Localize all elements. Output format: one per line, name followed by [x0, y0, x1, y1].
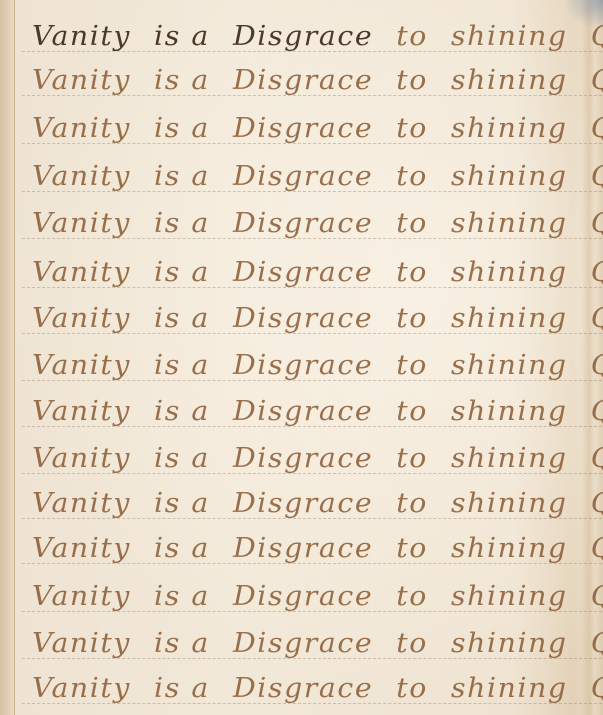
word: Vanity — [32, 208, 131, 239]
word: Disgrace — [233, 21, 373, 52]
word: Vanity — [32, 673, 131, 704]
word: shining — [451, 208, 568, 239]
word: is a — [154, 396, 210, 427]
word: shining — [451, 396, 568, 427]
word: shining — [451, 488, 568, 519]
word: to — [396, 257, 428, 288]
word: Disgrace — [233, 396, 373, 427]
word: Vanity — [32, 257, 131, 288]
word: is a — [154, 581, 210, 612]
word: shining — [451, 113, 568, 144]
word: is a — [154, 257, 210, 288]
word: is a — [154, 21, 210, 52]
handwritten-line: Vanityis aDisgracetoshiningQualities — [22, 205, 603, 245]
word: Disgrace — [233, 488, 373, 519]
line-text: Vanityis aDisgracetoshiningQualities — [32, 303, 603, 334]
word: Vanity — [32, 21, 131, 52]
word: to — [396, 350, 428, 381]
word: Disgrace — [233, 533, 373, 564]
word: to — [396, 443, 428, 474]
word: is a — [154, 443, 210, 474]
word: Disgrace — [233, 113, 373, 144]
line-text: Vanityis aDisgracetoshiningQualities — [32, 21, 603, 52]
handwritten-line: Vanityis aDisgracetoshiningQualities — [22, 578, 603, 618]
word: shining — [451, 257, 568, 288]
binding-edge — [0, 0, 15, 715]
handwritten-line: Vanityis aDisgracetoshiningQualities — [22, 158, 603, 198]
word: Qualities — [591, 113, 603, 144]
line-text: Vanityis aDisgracetoshiningQualities — [32, 628, 603, 659]
handwritten-line: Vanityis aDisgracetoshiningQualities — [22, 485, 603, 525]
word: to — [396, 533, 428, 564]
word: shining — [451, 161, 568, 192]
word: Vanity — [32, 396, 131, 427]
line-text: Vanityis aDisgracetoshiningQualities — [32, 113, 603, 144]
word: shining — [451, 65, 568, 96]
word: shining — [451, 533, 568, 564]
word: Qualities — [591, 303, 603, 334]
word: Disgrace — [233, 673, 373, 704]
word: is a — [154, 673, 210, 704]
word: Qualities — [591, 673, 603, 704]
handwritten-line: Vanityis aDisgracetoshiningQualities — [22, 530, 603, 570]
word: Disgrace — [233, 257, 373, 288]
word: Vanity — [32, 65, 131, 96]
handwritten-line: Vanityis aDisgracetoshiningQualities — [22, 670, 603, 710]
word: shining — [451, 581, 568, 612]
word: is a — [154, 628, 210, 659]
word: Qualities — [591, 257, 603, 288]
word: is a — [154, 488, 210, 519]
word: shining — [451, 628, 568, 659]
word: Vanity — [32, 161, 131, 192]
word: Disgrace — [233, 303, 373, 334]
word: Qualities — [591, 488, 603, 519]
line-text: Vanityis aDisgracetoshiningQualities — [32, 673, 603, 704]
word: to — [396, 581, 428, 612]
word: Vanity — [32, 581, 131, 612]
paper-page: Vanityis aDisgracetoshiningQualitiesVani… — [0, 0, 603, 715]
word: to — [396, 488, 428, 519]
word: shining — [451, 673, 568, 704]
word: shining — [451, 443, 568, 474]
line-text: Vanityis aDisgracetoshiningQualities — [32, 396, 603, 427]
word: is a — [154, 161, 210, 192]
handwritten-line: Vanityis aDisgracetoshiningQualities — [22, 254, 603, 294]
word: Disgrace — [233, 65, 373, 96]
line-text: Vanityis aDisgracetoshiningQualities — [32, 208, 603, 239]
word: is a — [154, 350, 210, 381]
word: to — [396, 113, 428, 144]
word: Disgrace — [233, 628, 373, 659]
line-text: Vanityis aDisgracetoshiningQualities — [32, 581, 603, 612]
word: to — [396, 303, 428, 334]
word: Qualities — [591, 443, 603, 474]
word: Vanity — [32, 533, 131, 564]
word: Qualities — [591, 533, 603, 564]
handwritten-line: Vanityis aDisgracetoshiningQualities — [22, 625, 603, 665]
handwritten-line: Vanityis aDisgracetoshiningQualities — [22, 393, 603, 433]
word: to — [396, 628, 428, 659]
handwritten-line: Vanityis aDisgracetoshiningQualities — [22, 300, 603, 340]
word: Disgrace — [233, 350, 373, 381]
word: is a — [154, 208, 210, 239]
word: Qualities — [591, 350, 603, 381]
word: to — [396, 208, 428, 239]
handwritten-line: Vanityis aDisgracetoshiningQualities — [22, 18, 603, 58]
word: is a — [154, 65, 210, 96]
line-text: Vanityis aDisgracetoshiningQualities — [32, 161, 603, 192]
word: shining — [451, 350, 568, 381]
word: Qualities — [591, 628, 603, 659]
word: Qualities — [591, 161, 603, 192]
word: Disgrace — [233, 443, 373, 474]
line-text: Vanityis aDisgracetoshiningQualities — [32, 65, 603, 96]
line-text: Vanityis aDisgracetoshiningQualities — [32, 533, 603, 564]
word: Disgrace — [233, 161, 373, 192]
word: Qualities — [591, 65, 603, 96]
handwritten-line: Vanityis aDisgracetoshiningQualities — [22, 110, 603, 150]
line-text: Vanityis aDisgracetoshiningQualities — [32, 488, 603, 519]
word: Vanity — [32, 628, 131, 659]
word: Vanity — [32, 303, 131, 334]
word: to — [396, 21, 428, 52]
word: to — [396, 161, 428, 192]
word: Disgrace — [233, 208, 373, 239]
handwritten-line: Vanityis aDisgracetoshiningQualities — [22, 440, 603, 480]
handwritten-line: Vanityis aDisgracetoshiningQualities — [22, 347, 603, 387]
line-text: Vanityis aDisgracetoshiningQualities — [32, 257, 603, 288]
handwritten-line: Vanityis aDisgracetoshiningQualities — [22, 62, 603, 102]
word: to — [396, 65, 428, 96]
line-text: Vanityis aDisgracetoshiningQualities — [32, 443, 603, 474]
word: Vanity — [32, 443, 131, 474]
word: Vanity — [32, 350, 131, 381]
word: is a — [154, 303, 210, 334]
word: shining — [451, 21, 568, 52]
word: Qualities — [591, 581, 603, 612]
word: Qualities — [591, 396, 603, 427]
word: is a — [154, 113, 210, 144]
word: Vanity — [32, 113, 131, 144]
word: to — [396, 396, 428, 427]
word: to — [396, 673, 428, 704]
word: Disgrace — [233, 581, 373, 612]
word: shining — [451, 303, 568, 334]
word: Vanity — [32, 488, 131, 519]
word: is a — [154, 533, 210, 564]
word: Qualities — [591, 21, 603, 52]
line-text: Vanityis aDisgracetoshiningQualities — [32, 350, 603, 381]
word: Qualities — [591, 208, 603, 239]
